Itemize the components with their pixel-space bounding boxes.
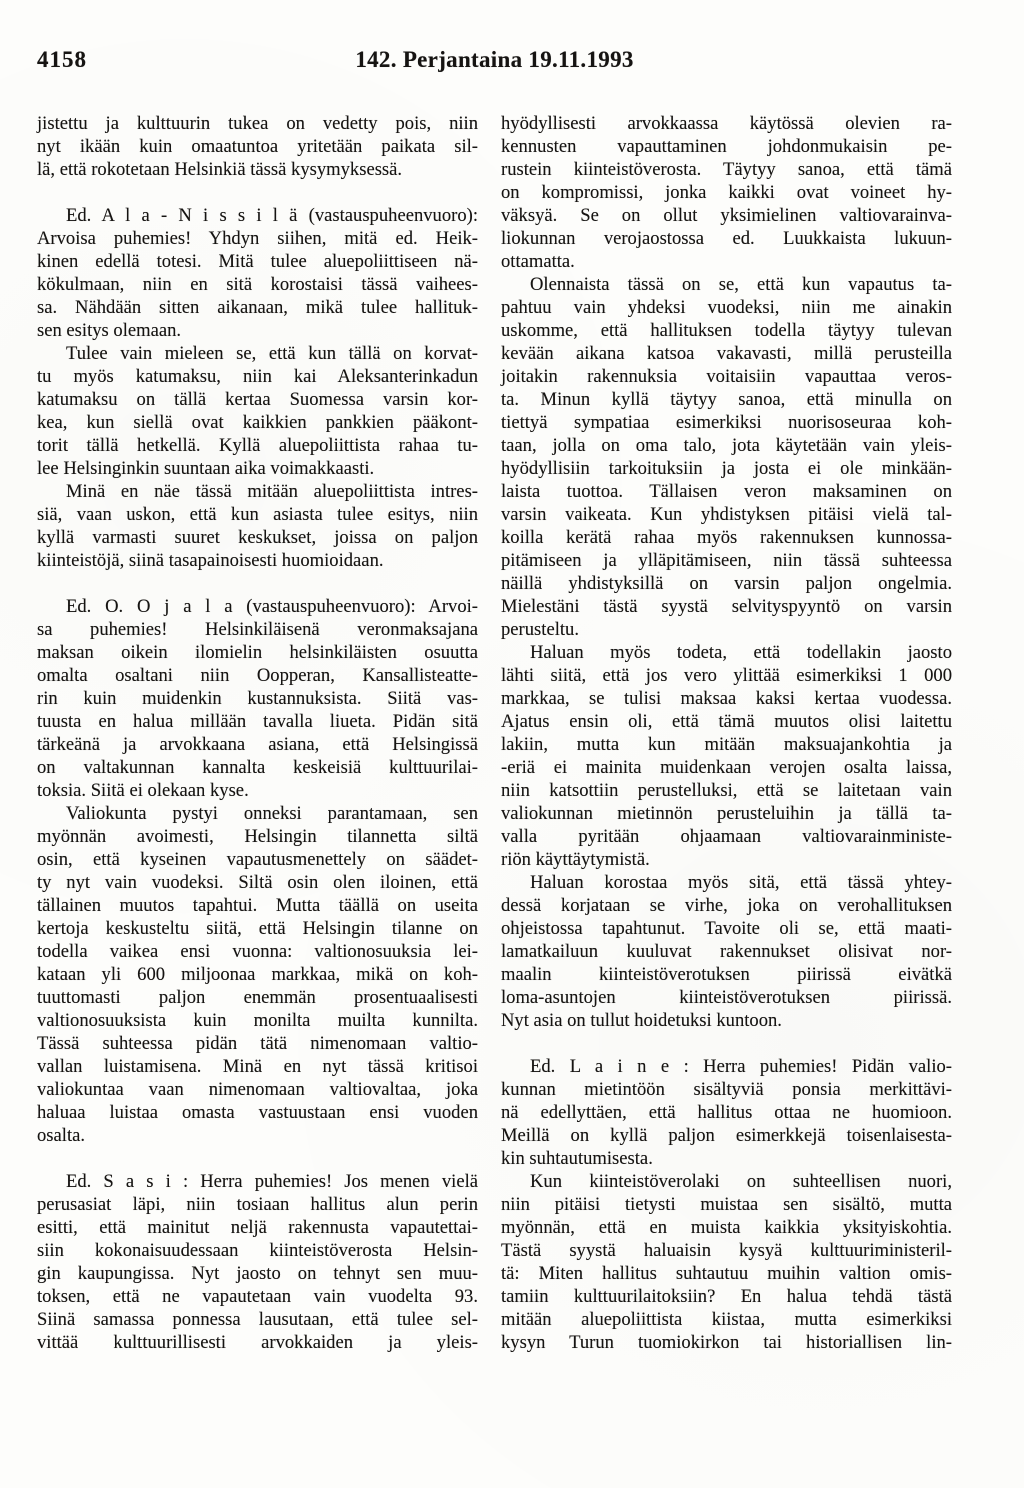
text-line: hyödyllisiin tarkoituksiin ja josta ei o… <box>501 457 952 480</box>
text-line: kennusten vapauttaminen johdonmukaisin p… <box>501 135 952 158</box>
paragraph: Ed. O. O j a l a (vastauspuheenvuoro): A… <box>37 595 478 802</box>
text-line: taan, jolla on oma talo, jota käytetään … <box>501 434 952 457</box>
right-text-column: hyödyllisesti arvokkaassa käytössä olevi… <box>501 112 952 1354</box>
text-line: vallan luistamisena. Minä en nyt tässä k… <box>37 1055 478 1078</box>
text-line: tamiin kulttuurilaitoksiin? En halua teh… <box>501 1285 952 1308</box>
text-line: joitakin rakennuksia voitaisiin vapautta… <box>501 365 952 388</box>
text-line: kiinteistöjä, siinä tasapainoisesti huom… <box>37 549 478 572</box>
text-line: tällainen muutos tapahtui. Mutta täällä … <box>37 894 478 917</box>
paragraph: Kun kiinteistöverolaki on suhteellisen n… <box>501 1170 952 1354</box>
text-line: sen esitys olemaan. <box>37 319 478 342</box>
text-line: lähti siitä, että jos vero ylittää esime… <box>501 664 952 687</box>
paragraph: Ed. L a i n e : Herra puhemies! Pidän va… <box>501 1055 952 1170</box>
paragraph: Haluan myös todeta, että todellakin jaos… <box>501 641 952 871</box>
text-line: kevään aikana katsoa vakavasti, millä pe… <box>501 342 952 365</box>
paragraph: jistettu ja kulttuurin tukea on vedetty … <box>37 112 478 181</box>
paragraph: Tulee vain mieleen se, että kun tällä on… <box>37 342 478 480</box>
text-line: riön käyttäytymistä. <box>501 848 952 871</box>
text-line: Ajatus ensin oli, että tämä muutos olisi… <box>501 710 952 733</box>
text-line: ty nyt vain vuodeksi. Siltä osin olen il… <box>37 871 478 894</box>
text-line: nä edellyttäen, että hallitus ottaa ne h… <box>501 1101 952 1124</box>
paragraph: Minä en näe tässä mitään aluepoliittista… <box>37 480 478 572</box>
text-line: Tästä syystä haluaisin kysyä kulttuurimi… <box>501 1239 952 1262</box>
text-line: rin kuin muidenkin kustannuksista. Siitä… <box>37 687 478 710</box>
text-line: väksyä. Se on ollut yksimielinen valtiov… <box>501 204 952 227</box>
text-line: tuusta en halua millään tavalla liueta. … <box>37 710 478 733</box>
text-line: kertoja keskusteltu siitä, että Helsingi… <box>37 917 478 940</box>
paragraph: Valiokunta pystyi onneksi parantamaan, s… <box>37 802 478 1147</box>
text-line: hyödyllisesti arvokkaassa käytössä olevi… <box>501 112 952 135</box>
text-line: esitti, että mainitut neljä rakennusta v… <box>37 1216 478 1239</box>
text-line: vittää kulttuurillisesti arvokkaiden ja … <box>37 1331 478 1354</box>
text-line: tärkeänä ja arvokkaana asiana, että Hels… <box>37 733 478 756</box>
text-line: valla pyritään ohjaamaan valtiovarainmin… <box>501 825 952 848</box>
text-line: kyllä varmasti suuret keskukset, joissa … <box>37 526 478 549</box>
text-line: -eriä ei mainita muidenkaan verojen osal… <box>501 756 952 779</box>
text-line: todella vaikea ensi vuonna: valtionosuuk… <box>37 940 478 963</box>
text-line: ottamatta. <box>501 250 952 273</box>
text-line: Tässä suhteessa pidän tätä nimenomaan va… <box>37 1032 478 1055</box>
text-line: kin suhtautumisesta. <box>501 1147 952 1170</box>
scanned-document-page: 4158 142. Perjantaina 19.11.1993 jistett… <box>0 0 1024 1488</box>
text-line: valiokuntaa vaan nimenomaan valtiovaltaa… <box>37 1078 478 1101</box>
text-line: niin pitäisi tietysti muistaa sen sisält… <box>501 1193 952 1216</box>
text-line: Kun kiinteistöverolaki on suhteellisen n… <box>501 1170 952 1193</box>
text-line: siä, vaan uskon, että kun asiasta tulee … <box>37 503 478 526</box>
text-line: torit tällä hetkellä. Kyllä aluepoliitti… <box>37 434 478 457</box>
text-line: mitään aluepoliittista kiistaa, mutta es… <box>501 1308 952 1331</box>
text-line: Ed. A l a - N i s s i l ä (vastauspuheen… <box>37 204 478 227</box>
text-line: perusasiat läpi, niin tosiaan hallitus a… <box>37 1193 478 1216</box>
text-line: rustein kiinteistöverosta. Täytyy sanoa,… <box>501 158 952 181</box>
left-text-column: jistettu ja kulttuurin tukea on vedetty … <box>37 112 478 1354</box>
text-line: omalta osaltani niin Oopperan, Kansallis… <box>37 664 478 687</box>
text-line: maalin kiinteistöverotuksen piirissä eiv… <box>501 963 952 986</box>
text-line: Ed. S a s i : Herra puhemies! Jos menen … <box>37 1170 478 1193</box>
text-line: kinen edellä totesi. Mitä tulee aluepoli… <box>37 250 478 273</box>
text-line: Mielestäni tästä syystä selvityspyyntö o… <box>501 595 952 618</box>
text-line: kökulmaan, niin en sitä korostaisi tässä… <box>37 273 478 296</box>
text-line: on kompromissi, jonka kaikki ovat voinee… <box>501 181 952 204</box>
text-line: perusteltu. <box>501 618 952 641</box>
text-line: toksen, että ne vapautetaan vain vuodelt… <box>37 1285 478 1308</box>
text-line: sa. Nähdään sitten aikanaan, mikä tulee … <box>37 296 478 319</box>
text-line: ta. Minun kyllä täytyy sanoa, että minul… <box>501 388 952 411</box>
text-line: pitämiseen ja ylläpitämiseen, niin tässä… <box>501 549 952 572</box>
text-line: osalta. <box>37 1124 478 1147</box>
text-line: lee Helsinginkin suuntaan aika voimakkaa… <box>37 457 478 480</box>
text-line: valtionosuuksista kuin monilta muilta ku… <box>37 1009 478 1032</box>
text-line: lamatkailuun kuuluvat rakennukset olisiv… <box>501 940 952 963</box>
text-line: kunnan mietintöön sisältyviä ponsia merk… <box>501 1078 952 1101</box>
text-line: haluaa luistaa omasta vastuustaan ensi v… <box>37 1101 478 1124</box>
text-line: varsin vaikeata. Kun yhdistyksen pitäisi… <box>501 503 952 526</box>
paragraph: Haluan korostaa myös sitä, että tässä yh… <box>501 871 952 1032</box>
text-line: näillä yhdistyksillä on varsin paljon on… <box>501 572 952 595</box>
paragraph: Olennaista tässä on se, että kun vapautu… <box>501 273 952 641</box>
text-line: kysyn Turun tuomiokirkon tai historialli… <box>501 1331 952 1354</box>
paragraph: Ed. A l a - N i s s i l ä (vastauspuheen… <box>37 204 478 342</box>
text-line: jistettu ja kulttuurin tukea on vedetty … <box>37 112 478 135</box>
text-line: Minä en näe tässä mitään aluepoliittista… <box>37 480 478 503</box>
text-line: tuuttomasti paljon enemmän prosentuaalis… <box>37 986 478 1009</box>
text-line: nyt ikään kuin omaatuntoa yritetään paik… <box>37 135 478 158</box>
text-line: Ed. O. O j a l a (vastauspuheenvuoro): A… <box>37 595 478 618</box>
paragraph: hyödyllisesti arvokkaassa käytössä olevi… <box>501 112 952 273</box>
text-line: Valiokunta pystyi onneksi parantamaan, s… <box>37 802 478 825</box>
text-line: dessä korjataan se virhe, joka on veroha… <box>501 894 952 917</box>
text-line: laista tuottoa. Tällaisen veron maksamin… <box>501 480 952 503</box>
text-line: valiokunnan mietinnön perusteluihin ja t… <box>501 802 952 825</box>
text-line: liokunnan verojaostossa ed. Luukkaista l… <box>501 227 952 250</box>
session-header-title: 142. Perjantaina 19.11.1993 <box>36 47 953 73</box>
text-line: toksia. Siitä ei olekaan kyse. <box>37 779 478 802</box>
text-line: uskomme, että hallituksen todella täytyy… <box>501 319 952 342</box>
text-line: ohjeistossa tapahtunut. Tavoite oli se, … <box>501 917 952 940</box>
text-line: pahtuu vain yhdeksi vuodeksi, niin me ai… <box>501 296 952 319</box>
text-line: lä, että rokotetaan Helsinkiä tässä kysy… <box>37 158 478 181</box>
text-line: Ed. L a i n e : Herra puhemies! Pidän va… <box>501 1055 952 1078</box>
text-line: niin katsottiin perustelluksi, että se l… <box>501 779 952 802</box>
text-line: markkaa, se tulisi maksaa kaksi kertaa v… <box>501 687 952 710</box>
text-line: Arvoisa puhemies! Yhdyn siihen, mitä ed.… <box>37 227 478 250</box>
text-line: kataan yli 600 miljoonaa markkaa, mikä o… <box>37 963 478 986</box>
text-line: Olennaista tässä on se, että kun vapautu… <box>501 273 952 296</box>
text-line: Tulee vain mieleen se, että kun tällä on… <box>37 342 478 365</box>
paragraph: Ed. S a s i : Herra puhemies! Jos menen … <box>37 1170 478 1354</box>
text-line: Nyt asia on tullut hoidetuksi kuntoon. <box>501 1009 952 1032</box>
text-line: kea, kun siellä ovat kaikkien pankkien p… <box>37 411 478 434</box>
text-line: Haluan myös todeta, että todellakin jaos… <box>501 641 952 664</box>
text-line: siin kokonaisuudessaan kiinteistöverosta… <box>37 1239 478 1262</box>
text-line: osin, että kyseinen vapautusmenettely on… <box>37 848 478 871</box>
text-line: Meillä on kyllä paljon esimerkkejä toise… <box>501 1124 952 1147</box>
text-line: tu myös katumaksu, niin kai Aleksanterin… <box>37 365 478 388</box>
text-line: maksan oikein ilomielin helsinkiläisten … <box>37 641 478 664</box>
text-line: katumaksu on tällä kertaa Suomessa varsi… <box>37 388 478 411</box>
text-line: gin kaupungissa. Nyt jaosto on tehnyt se… <box>37 1262 478 1285</box>
text-line: tiettyä sympatiaa esimerkiksi nuorisoseu… <box>501 411 952 434</box>
text-line: myönnän, että en muista kaikkia yksityis… <box>501 1216 952 1239</box>
text-line: tä: Miten hallitus suhtautuu muihin valt… <box>501 1262 952 1285</box>
text-line: Haluan korostaa myös sitä, että tässä yh… <box>501 871 952 894</box>
text-line: lakiin, mutta kun mitään maksuajankohtia… <box>501 733 952 756</box>
text-line: loma-asuntojen kiinteistöverotuksen piir… <box>501 986 952 1009</box>
text-line: myönnän avoimesti, Helsingin tilannetta … <box>37 825 478 848</box>
text-line: koilla kerätä rahaa myös rakennuksen kun… <box>501 526 952 549</box>
text-line: on valtakunnan kannalta keskeisiä kulttu… <box>37 756 478 779</box>
text-line: sa puhemies! Helsinkiläisenä veronmaksaj… <box>37 618 478 641</box>
text-line: Siinä samassa ponnessa lausutaan, että t… <box>37 1308 478 1331</box>
